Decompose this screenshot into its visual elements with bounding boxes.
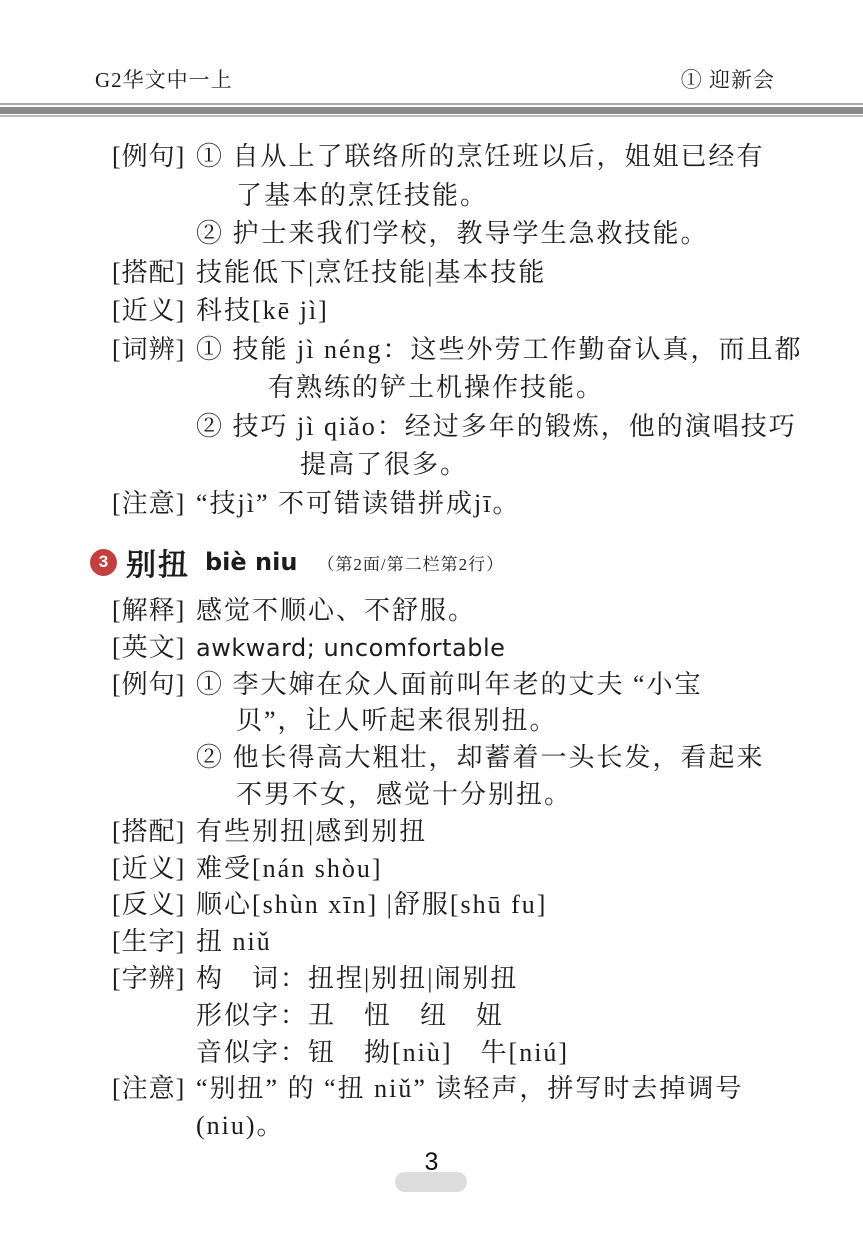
row-text: awkward; uncomfortable [196, 630, 505, 667]
row-label [112, 446, 196, 485]
row-text: 难受[nán shòu] [196, 851, 382, 888]
row-text: ① 技能 jì néng：这些外劳工作勤奋认真，而且都 [196, 331, 803, 370]
row-text: ② 他长得高大粗壮，却蓄着一头长发，看起来 [196, 740, 765, 777]
row-label: [搭配] [112, 254, 196, 293]
row-text: 提高了很多。 [196, 446, 468, 485]
dict-row: 有熟练的铲土机操作技能。 [0, 369, 863, 408]
entry-number-badge: 3 [90, 549, 117, 576]
row-text: (niu)。 [196, 1108, 285, 1145]
row-label: [搭配] [112, 814, 196, 851]
dict-row: [字辨] 构 词：扭捏|别扭|闹别扭 [0, 961, 863, 998]
dict-row: [例句] ① 李大婶在众人面前叫年老的丈夫 “小宝 [0, 667, 863, 704]
dict-row: [注意] “技jì” 不可错读错拼成jī。 [0, 485, 863, 524]
row-label [112, 369, 196, 408]
row-label: [注意] [112, 1071, 196, 1108]
entry-location-ref: （第2面/第二栏第2行） [317, 550, 504, 575]
dict-row: 贝”，让人听起来很别扭。 [0, 703, 863, 740]
dict-row: [近义] 难受[nán shòu] [0, 851, 863, 888]
row-text: 不男不女，感觉十分别扭。 [196, 777, 572, 814]
row-text: “别扭” 的 “扭 niǔ” 读轻声，拼写时去掉调号 [196, 1071, 743, 1108]
header-chapter-title: ① 迎新会 [681, 64, 775, 94]
row-text: 贝”，让人听起来很别扭。 [196, 703, 558, 740]
row-text: ① 李大婶在众人面前叫年老的丈夫 “小宝 [196, 667, 703, 704]
dict-row: ② 护士来我们学校，教导学生急救技能。 [0, 215, 863, 254]
row-label [112, 1035, 196, 1072]
header-rule-thick [0, 107, 863, 114]
row-label [112, 1108, 196, 1145]
row-label: [反义] [112, 887, 196, 924]
row-label [112, 215, 196, 254]
row-text: 有熟练的铲土机操作技能。 [196, 369, 604, 408]
row-text: “技jì” 不可错读错拼成jī。 [196, 485, 520, 524]
dict-row: [近义] 科技[kē jì] [0, 292, 863, 331]
header-rule [0, 103, 863, 117]
dict-row: [搭配] 技能低下|烹饪技能|基本技能 [0, 254, 863, 293]
dict-row: 形似字：丑 忸 纽 妞 [0, 998, 863, 1035]
row-label: [解释] [112, 593, 196, 630]
header-rule-thin-bottom [0, 115, 863, 117]
header-book-title: G2华文中一上 [95, 64, 233, 94]
dict-row: [搭配] 有些别扭|感到别扭 [0, 814, 863, 851]
page-number: 3 [0, 1148, 863, 1177]
row-label [112, 703, 196, 740]
row-label [112, 408, 196, 447]
row-text: 技能低下|烹饪技能|基本技能 [196, 254, 546, 293]
dict-row: (niu)。 [0, 1108, 863, 1145]
entry-pinyin: biè niu [205, 548, 297, 576]
dict-row: 了基本的烹饪技能。 [0, 177, 863, 216]
dict-row: ② 他长得高大粗壮，却蓄着一头长发，看起来 [0, 740, 863, 777]
dict-row: [例句] ① 自从上了联络所的烹饪班以后，姐姐已经有 [0, 138, 863, 177]
dict-row: 提高了很多。 [0, 446, 863, 485]
dict-row: [词辨] ① 技能 jì néng：这些外劳工作勤奋认真，而且都 [0, 331, 863, 370]
dict-row: [注意] “别扭” 的 “扭 niǔ” 读轻声，拼写时去掉调号 [0, 1071, 863, 1108]
dict-row: [反义] 顺心[shùn xīn] |舒服[shū fu] [0, 887, 863, 924]
row-text: 感觉不顺心、不舒服。 [196, 593, 476, 630]
row-text: 音似字：钮 拗[niù] 牛[niú] [196, 1035, 569, 1072]
dict-row: [英文] awkward; uncomfortable [0, 630, 863, 667]
row-label [112, 998, 196, 1035]
row-label: [近义] [112, 851, 196, 888]
row-text: ① 自从上了联络所的烹饪班以后，姐姐已经有 [196, 138, 765, 177]
dictionary-content: [例句] ① 自从上了联络所的烹饪班以后，姐姐已经有 了基本的烹饪技能。 ② 护… [0, 138, 863, 1145]
entry-bieniu-body: [解释] 感觉不顺心、不舒服。 [英文] awkward; uncomforta… [0, 593, 863, 1145]
row-text: ② 护士来我们学校，教导学生急救技能。 [196, 215, 709, 254]
dict-row: ② 技巧 jì qiǎo：经过多年的锻炼，他的演唱技巧 [0, 408, 863, 447]
row-text: 有些别扭|感到别扭 [196, 814, 427, 851]
row-text: ② 技巧 jì qiǎo：经过多年的锻炼，他的演唱技巧 [196, 408, 797, 447]
row-label: [例句] [112, 138, 196, 177]
row-label [112, 740, 196, 777]
row-text: 扭 niǔ [196, 924, 272, 961]
row-label [112, 177, 196, 216]
row-label [112, 777, 196, 814]
row-label: [英文] [112, 630, 196, 667]
row-label: [生字] [112, 924, 196, 961]
row-label: [注意] [112, 485, 196, 524]
entry-jineng-body: [例句] ① 自从上了联络所的烹饪班以后，姐姐已经有 了基本的烹饪技能。 ② 护… [0, 138, 863, 523]
entry-bieniu-heading: 3 别扭 biè niu （第2面/第二栏第2行） [90, 539, 863, 585]
header-rule-thin-top [0, 103, 863, 105]
entry-headword: 别扭 [126, 540, 190, 584]
dict-row: [解释] 感觉不顺心、不舒服。 [0, 593, 863, 630]
row-text: 构 词：扭捏|别扭|闹别扭 [196, 961, 518, 998]
dict-row: [生字] 扭 niǔ [0, 924, 863, 961]
dict-row: 不男不女，感觉十分别扭。 [0, 777, 863, 814]
row-text: 了基本的烹饪技能。 [196, 177, 488, 216]
row-text: 顺心[shùn xīn] |舒服[shū fu] [196, 887, 547, 924]
row-label: [例句] [112, 667, 196, 704]
row-text: 形似字：丑 忸 纽 妞 [196, 998, 504, 1035]
dict-row: 音似字：钮 拗[niù] 牛[niú] [0, 1035, 863, 1072]
row-text: 科技[kē jì] [196, 292, 329, 331]
row-label: [词辨] [112, 331, 196, 370]
row-label: [近义] [112, 292, 196, 331]
row-label: [字辨] [112, 961, 196, 998]
page-header: G2华文中一上 ① 迎新会 [0, 64, 863, 94]
